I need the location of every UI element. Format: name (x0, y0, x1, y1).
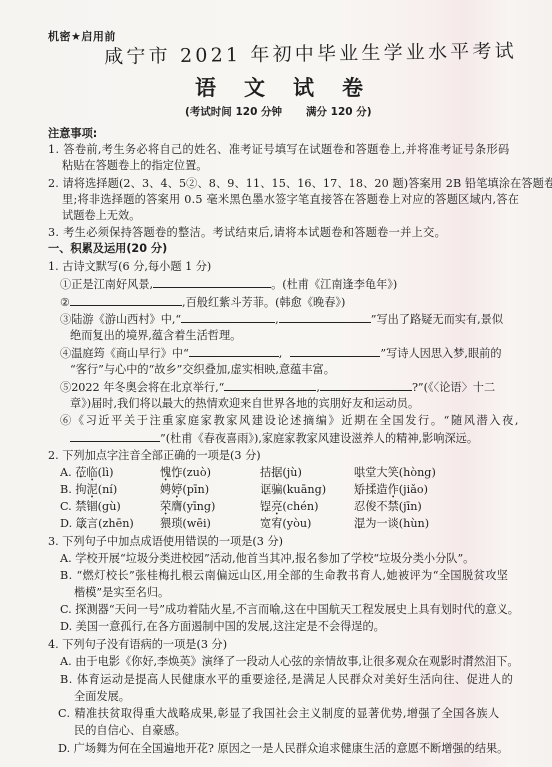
q2-option-a[interactable]: A. 莅临(lì)愧怍(zuò)拮据(jù)哄堂大笑(hòng) (60, 465, 436, 481)
answer-blank[interactable] (290, 345, 380, 357)
q4-option-c[interactable]: C. 精准扶贫取得重大战略成果,彰显了我国社会主义制度的显著优势,增强了全国各族… (58, 706, 500, 722)
q3-option-b[interactable]: B. “燃灯校长”张桂梅扎根云南偏远山区,用全部的生命教书育人,她被评为“全国脱… (60, 568, 508, 584)
note-1-line2: 粘贴在答题卷上的指定位置。 (62, 158, 207, 174)
q4-option-d[interactable]: D. 广场舞为何在全国遍地开花? 原因之一是人民群众追求健康生活的意愿不断增强的… (58, 741, 508, 757)
q4-option-c-line2: 民的自信心、自豪感。 (74, 723, 186, 739)
note-1-line1: 1. 答卷前,考生务必将自己的姓名、准考证号填写在试题卷和答题卷上,并将准考证号… (48, 142, 510, 158)
q3-option-c[interactable]: C. 探测器“天问一号”成功着陆火星,不言而喻,这在中国航天工程发展史上具有划时… (60, 602, 519, 618)
q1-item-3: ③陆游《游山西村》中,“,”写出了路疑无而实有,景似 (60, 311, 503, 328)
q1-item-6-line2: ”(杜甫《春夜喜雨》),家庭家教家风建设滋养人的精神,影响深远。 (70, 430, 478, 447)
note-2-line3: 试题卷上无效。 (62, 208, 140, 224)
q3-option-b-line2: 楷模”是实至名归。 (74, 585, 169, 601)
q1-item-5: ⑤2022 年冬奥会将在北京举行,“,?”(《〈论语〉十二 (60, 379, 495, 396)
q1-item-3-line2: 绝而复出的境界,蕴含着生活哲理。 (70, 328, 241, 344)
q1-item-6: ⑥《习近平关于注重家庭家教家风建设论述摘编》近期在全国发行。“随风潜入夜, (60, 413, 520, 429)
q1-item-1: ①正是江南好风景,。(杜甫《江南逢李龟年》) (60, 276, 397, 293)
q4-option-a[interactable]: A. 由于电影《你好,李焕英》演绎了一段动人心弦的亲情故事,让很多观众在观影时潸… (60, 654, 519, 670)
answer-blank[interactable] (189, 345, 279, 357)
note-2-line2: 里;将非选择题的答案用 0.5 毫米黑色墨水签字笔直接答在答题卷上对应的答题区域… (62, 192, 519, 208)
exam-time: (考试时间 120 分钟 (185, 106, 282, 118)
q4-option-b-line2: 全面发展。 (74, 689, 130, 705)
q3-stem: 3. 下列句子中加点成语使用错误的一项是(3 分) (48, 534, 283, 550)
notes-heading: 注意事项: (48, 126, 97, 142)
q1-item-5-line2: 章》)届时,我们将以最大的热情欢迎来自世界各地的宾朋好友和运动员。 (70, 396, 419, 412)
answer-blank[interactable] (70, 430, 160, 442)
note-3: 3. 考生必须保持答题卷的整洁。考试结束后,请将本试题卷和答题卷一并上交。 (48, 225, 446, 241)
note-2-line1: 2. 请将选择题(2、3、4、5②、8、9、11、15、16、17、18、20 … (48, 176, 552, 192)
q2-option-c[interactable]: C. 禁锢(gù)荣膺(yīng)锃亮(chén)忍俊不禁(jīn) (60, 499, 422, 515)
answer-blank[interactable] (70, 294, 182, 306)
q4-option-b[interactable]: B. 体育运动是提高人民健康水平的重要途径,是满足人民群众对美好生活向往、促进人… (60, 672, 513, 688)
q1-stem: 1. 古诗文默写(6 分,每小题 1 分) (48, 259, 211, 275)
q1-item-4: ④温庭筠《商山早行》中“,”写诗人因思入梦,眼前的 (60, 345, 502, 362)
q2-option-b[interactable]: B. 拘泥(ní)娉婷(pīn)诓骗(kuāng)矫揉造作(jiǎo) (60, 482, 428, 498)
exam-page: 机密★启用前 咸宁市 2021 年初中毕业生学业水平考试 语文试卷 (考试时间 … (0, 0, 552, 767)
q1-item-4-line2: “客行”与心中的“故乡”交织叠加,虚实相映,意蕴丰富。 (70, 362, 335, 378)
answer-blank[interactable] (279, 311, 371, 323)
q2-stem: 2. 下列加点字注音全部正确的一项是(3 分) (48, 448, 261, 464)
answer-blank[interactable] (224, 379, 316, 391)
q3-option-d[interactable]: D. 美国一意孤行,在各方面遏制中国的发展,这注定是不会得逞的。 (60, 619, 385, 635)
answer-blank[interactable] (181, 311, 275, 323)
q1-item-2: ②,百般红紫斗芳菲。(韩愈《晚春》) (60, 294, 345, 311)
exam-title: 咸宁市 2021 年初中毕业生学业水平考试 (104, 36, 517, 69)
q2-option-d[interactable]: D. 箴言(zhēn)猥琐(wēi)宽宥(yòu)混为一谈(hùn) (60, 516, 429, 532)
q4-stem: 4. 下列句子没有语病的一项是(3 分) (48, 637, 227, 653)
exam-score: 满分 120 分) (306, 106, 372, 118)
subject-title: 语文试卷 (195, 72, 391, 102)
answer-blank[interactable] (320, 379, 412, 391)
answer-blank[interactable] (153, 276, 271, 288)
q3-option-a[interactable]: A. 学校开展“垃圾分类进校园”活动,他首当其冲,报名参加了学校“垃圾分类小分队… (60, 551, 474, 567)
exam-info: (考试时间 120 分钟满分 120 分) (185, 104, 372, 119)
section-1-heading: 一、积累及运用(20 分) (48, 241, 167, 257)
